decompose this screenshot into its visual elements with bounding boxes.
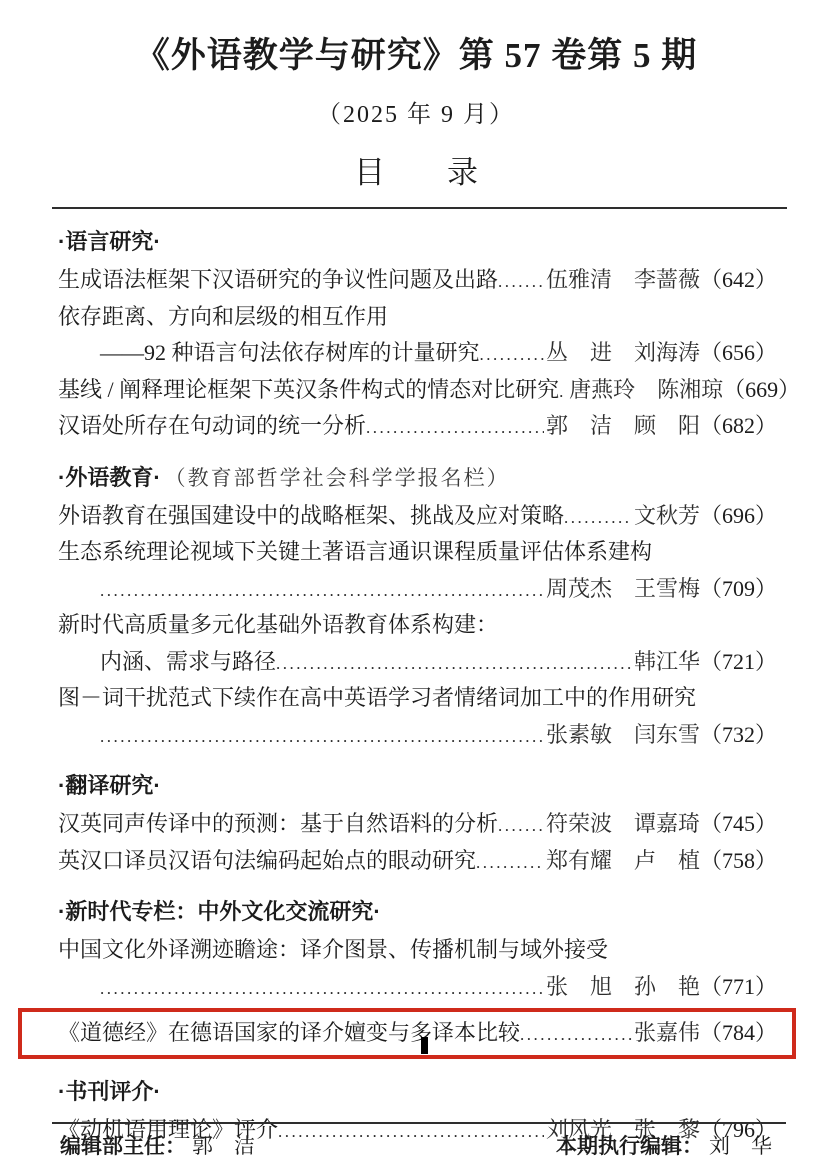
entry-title: 《道德经》在德语国家的译介嬗变与多译本比较 bbox=[58, 1015, 520, 1052]
entry-title: 内涵、需求与路径 bbox=[100, 644, 276, 681]
entry-title: 依存距离、方向和层级的相互作用 bbox=[58, 299, 388, 336]
entry-page-number: （682） bbox=[700, 408, 777, 445]
entry-page-number: （732） bbox=[700, 717, 777, 754]
dot-leader bbox=[498, 262, 544, 301]
entry-page-number: （784） bbox=[700, 1015, 777, 1052]
entry-page-number: （656） bbox=[700, 335, 777, 372]
entry-title: 基线 / 阐释理论框架下英汉条件构式的情态对比研究 bbox=[58, 372, 559, 409]
dot-leader bbox=[276, 644, 632, 683]
entry-page-number: （669） bbox=[723, 372, 800, 409]
entry-authors: 丛 进 刘海涛 bbox=[546, 335, 700, 372]
entry-title: 汉英同声传译中的预测：基于自然语料的分析 bbox=[58, 806, 498, 843]
toc-entry[interactable]: 汉英同声传译中的预测：基于自然语料的分析符荣波 谭嘉琦（745） bbox=[58, 806, 777, 843]
footer: 编辑部主任： 郭 洁 本期执行编辑： 刘 华 bbox=[60, 1130, 772, 1157]
entry-authors: 唐燕玲 陈湘琼 bbox=[569, 372, 723, 409]
toc-entry[interactable]: 图－词干扰范式下续作在高中英语学习者情绪词加工中的作用研究 bbox=[58, 680, 777, 717]
toc-entry-highlighted[interactable]: 《道德经》在德语国家的译介嬗变与多译本比较张嘉伟（784） bbox=[18, 1008, 796, 1059]
entry-title: 新时代高质量多元化基础外语教育体系构建： bbox=[58, 607, 498, 644]
dot-leader bbox=[480, 335, 544, 374]
toc-entry[interactable]: 英汉口译员汉语句法编码起始点的眼动研究郑有耀 卢 植（758） bbox=[58, 843, 777, 880]
entry-authors: 符荣波 谭嘉琦 bbox=[546, 806, 700, 843]
executive-editor-label: 本期执行编辑： bbox=[556, 1130, 703, 1157]
entry-title: 外语教育在强国建设中的战略框架、挑战及应对策略 bbox=[58, 498, 564, 535]
toc-section-heading[interactable]: ·外语教育·（教育部哲学社会科学学报名栏） bbox=[58, 458, 777, 498]
entry-title: 生成语法框架下汉语研究的争议性问题及出路 bbox=[58, 262, 498, 299]
toc-entry[interactable]: 张素敏 闫东雪（732） bbox=[58, 717, 777, 754]
entry-authors: 张嘉伟 bbox=[634, 1015, 700, 1052]
section-heading-label: ·翻译研究· bbox=[58, 766, 161, 806]
section-heading-note: （教育部哲学社会科学学报名栏） bbox=[165, 458, 510, 498]
entry-title: 中国文化外译溯迹瞻途：译介图景、传播机制与域外接受 bbox=[58, 932, 608, 969]
entry-page-number: （771） bbox=[700, 969, 777, 1006]
toc-section-heading[interactable]: ·翻译研究· bbox=[58, 766, 777, 806]
toc-entry[interactable]: 依存距离、方向和层级的相互作用 bbox=[58, 299, 777, 336]
journal-title: 《外语教学与研究》第 57 卷第 5 期 bbox=[0, 0, 832, 78]
section-heading-label: ·新时代专栏：中外文化交流研究· bbox=[58, 892, 381, 932]
document-page: 《外语教学与研究》第 57 卷第 5 期 （2025 年 9 月） 目 录 ·语… bbox=[0, 0, 832, 1157]
executive-editor-name: 刘 华 bbox=[709, 1130, 772, 1157]
entry-page-number: （642） bbox=[700, 262, 777, 299]
entry-title: 汉语处所存在句动词的统一分析 bbox=[58, 408, 366, 445]
entry-authors: 周茂杰 王雪梅 bbox=[546, 571, 700, 608]
footer-right: 本期执行编辑： 刘 华 bbox=[556, 1130, 772, 1157]
footer-divider bbox=[52, 1122, 786, 1124]
toc-entry[interactable]: ——92 种语言句法依存树库的计量研究丛 进 刘海涛（656） bbox=[58, 335, 777, 372]
footer-left: 编辑部主任： 郭 洁 bbox=[60, 1130, 255, 1157]
toc-entry[interactable]: 周茂杰 王雪梅（709） bbox=[58, 571, 777, 608]
entry-authors: 张 旭 孙 艳 bbox=[546, 969, 700, 1006]
dot-leader bbox=[559, 372, 567, 411]
entry-page-number: （709） bbox=[700, 571, 777, 608]
dot-leader bbox=[498, 806, 544, 845]
dot-leader bbox=[100, 969, 544, 1008]
entry-authors: 张素敏 闫东雪 bbox=[546, 717, 700, 754]
toc-section-heading[interactable]: ·新时代专栏：中外文化交流研究· bbox=[58, 892, 777, 932]
dot-leader bbox=[100, 571, 544, 610]
dot-leader bbox=[564, 498, 632, 537]
entry-authors: 文秋芳 bbox=[634, 498, 700, 535]
toc-entry[interactable]: 生成语法框架下汉语研究的争议性问题及出路伍雅清 李蔷薇（642） bbox=[58, 262, 777, 299]
entry-page-number: （758） bbox=[700, 843, 777, 880]
entry-page-number: （696） bbox=[700, 498, 777, 535]
text-cursor bbox=[421, 1037, 428, 1054]
dot-leader bbox=[476, 843, 544, 882]
entry-title: 生态系统理论视域下关键土著语言通识课程质量评估体系建构 bbox=[58, 534, 652, 571]
toc-entry[interactable]: 生态系统理论视域下关键土著语言通识课程质量评估体系建构 bbox=[58, 534, 777, 571]
toc-entry[interactable]: 新时代高质量多元化基础外语教育体系构建： bbox=[58, 607, 777, 644]
section-heading-label: ·书刊评介· bbox=[58, 1072, 161, 1112]
toc-section-heading[interactable]: ·语言研究· bbox=[58, 222, 777, 262]
entry-page-number: （745） bbox=[700, 806, 777, 843]
editorial-director-label: 编辑部主任： bbox=[60, 1130, 186, 1157]
toc-section-heading[interactable]: ·书刊评介· bbox=[58, 1072, 777, 1112]
toc-entry[interactable]: 张 旭 孙 艳（771） bbox=[58, 969, 777, 1006]
entry-authors: 伍雅清 李蔷薇 bbox=[546, 262, 700, 299]
entry-title: 图－词干扰范式下续作在高中英语学习者情绪词加工中的作用研究 bbox=[58, 680, 696, 717]
entry-authors: 韩江华 bbox=[634, 644, 700, 681]
section-heading-label: ·语言研究· bbox=[58, 222, 161, 262]
entry-title: ——92 种语言句法依存树库的计量研究 bbox=[100, 335, 480, 372]
dot-leader bbox=[520, 1015, 632, 1054]
header-divider bbox=[52, 207, 787, 209]
toc-entry[interactable]: 汉语处所存在句动词的统一分析郭 洁 顾 阳（682） bbox=[58, 408, 777, 445]
dot-leader bbox=[366, 408, 544, 447]
toc-entry[interactable]: 内涵、需求与路径韩江华（721） bbox=[58, 644, 777, 681]
issue-date: （2025 年 9 月） bbox=[0, 94, 832, 129]
editorial-director-name: 郭 洁 bbox=[192, 1130, 255, 1157]
toc-entry[interactable]: 中国文化外译溯迹瞻途：译介图景、传播机制与域外接受 bbox=[58, 932, 777, 969]
entry-authors: 郑有耀 卢 植 bbox=[546, 843, 700, 880]
entry-title: 英汉口译员汉语句法编码起始点的眼动研究 bbox=[58, 843, 476, 880]
section-heading-label: ·外语教育· bbox=[58, 458, 161, 498]
contents-title: 目 录 bbox=[0, 147, 832, 192]
toc-entry[interactable]: 外语教育在强国建设中的战略框架、挑战及应对策略文秋芳（696） bbox=[58, 498, 777, 535]
toc-entry[interactable]: 基线 / 阐释理论框架下英汉条件构式的情态对比研究唐燕玲 陈湘琼（669） bbox=[58, 372, 777, 409]
entry-page-number: （721） bbox=[700, 644, 777, 681]
toc: ·语言研究·生成语法框架下汉语研究的争议性问题及出路伍雅清 李蔷薇（642）依存… bbox=[58, 222, 777, 1148]
entry-authors: 郭 洁 顾 阳 bbox=[546, 408, 700, 445]
dot-leader bbox=[100, 717, 544, 756]
